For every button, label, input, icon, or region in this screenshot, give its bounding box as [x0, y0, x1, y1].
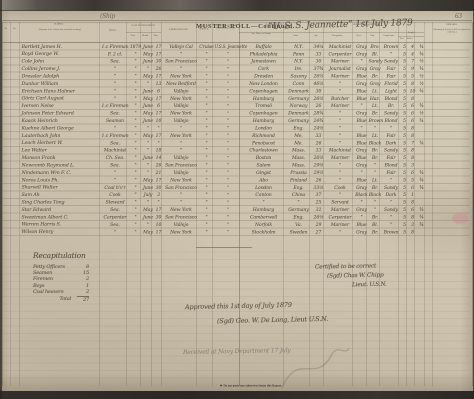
cell: 30 — [154, 60, 164, 65]
cell: " — [199, 126, 215, 131]
cell: Lt. — [369, 104, 382, 109]
cell: Blue — [355, 141, 369, 146]
cell: " — [199, 82, 215, 87]
crew-name: Dunbar William — [19, 82, 102, 87]
cell: " — [129, 149, 143, 154]
cell: " — [242, 200, 286, 205]
cell: 1879 — [129, 45, 143, 50]
cell: 8 — [409, 97, 417, 102]
cell: " — [164, 67, 199, 72]
cell: 29 — [312, 223, 326, 228]
cell: Brown — [382, 45, 401, 50]
cell: Cork — [242, 67, 286, 72]
cell: " — [199, 171, 215, 176]
cell: Denmark — [286, 89, 312, 94]
cell: Gray — [369, 82, 382, 87]
cell: Gray — [355, 208, 369, 213]
cell: ¾ — [417, 186, 427, 191]
cell: " — [143, 126, 154, 131]
cell: " — [129, 67, 143, 72]
crew-name: Newcomb Raymond L. — [19, 163, 102, 168]
col-header-birth-city: City, Town, or County. — [239, 32, 283, 35]
cell: 8 — [409, 149, 417, 154]
cell: Servant — [326, 200, 355, 205]
cell: Sandy — [382, 112, 401, 117]
cell: Gray — [355, 230, 369, 235]
cell: Br. — [369, 149, 382, 154]
crew-name: Star Edward — [19, 208, 102, 213]
col-header-names: NAMES. — [19, 23, 99, 26]
cell: Blond — [382, 163, 401, 168]
cell: Richmond — [242, 134, 286, 139]
cell: 17 — [154, 112, 164, 117]
cell: Charlestown — [242, 149, 286, 154]
cell: " — [129, 171, 143, 176]
cell: " — [164, 193, 199, 198]
cell: Fair — [382, 156, 401, 161]
cell: Vallejo — [164, 104, 199, 109]
cell: Br. — [369, 215, 382, 220]
cell: June — [143, 156, 154, 161]
cell: " — [102, 89, 129, 94]
cell: " — [326, 178, 355, 183]
muster-roll-scan: (Ship MUSTER-ROLL—Continued. “U. S. S. J… — [0, 0, 474, 399]
cell: Philadelphia — [242, 52, 286, 57]
cell: " — [369, 208, 382, 213]
cell: Hamburg — [242, 97, 286, 102]
col-header-feet: Feet. — [398, 37, 406, 40]
cell: Finland — [286, 178, 312, 183]
cell: Sea. — [102, 141, 129, 146]
crew-name: Collins Jerome J. — [19, 67, 102, 72]
cell: ¾ — [417, 119, 427, 124]
cell: 6 — [409, 119, 417, 124]
cell: Mariner — [326, 104, 355, 109]
cell: Hamburg — [242, 208, 286, 213]
cell: 17 — [154, 52, 164, 57]
col-header-day: Day. — [151, 34, 161, 37]
crew-name: Sweetman Albert C. — [19, 215, 102, 220]
crew-name: Sing Charles Tong — [19, 200, 102, 205]
cell: June — [143, 60, 154, 65]
col-header-where: WHERE ENLISTED. — [161, 28, 196, 31]
cell: New York — [164, 134, 199, 139]
crew-name: Lauterbach John — [19, 134, 102, 139]
cell: " — [215, 97, 242, 101]
cell: 30 — [312, 89, 326, 94]
cell: " — [102, 230, 129, 235]
cell: Sea. — [102, 223, 129, 228]
cell: New Bedford — [164, 82, 199, 87]
cell: Blue — [355, 178, 369, 183]
cell: 18 — [154, 149, 164, 154]
cell: " — [129, 52, 143, 57]
cell: Stockholm — [242, 230, 286, 235]
cell: Brown — [382, 230, 401, 235]
cell: Tromsö — [242, 104, 286, 109]
cell: 5 — [401, 149, 409, 154]
cell: 6 — [409, 112, 417, 117]
cell: " — [382, 215, 401, 220]
cell: Copenhagen — [242, 89, 286, 94]
cell: " — [199, 193, 215, 198]
cell: Copenhagen — [242, 112, 286, 117]
cell: Cruise — [199, 45, 215, 50]
cell: " — [215, 60, 242, 64]
cell: 5 — [409, 178, 417, 183]
cell: Norway — [286, 104, 312, 109]
scan-edge-left — [0, 0, 2, 399]
cell: ¾ — [417, 52, 427, 57]
cell: Brown — [369, 119, 382, 124]
cell: Boston — [242, 156, 286, 161]
cell: Sea. — [102, 60, 129, 65]
cell: May — [143, 178, 154, 183]
cell: " — [199, 200, 215, 205]
cell: " — [129, 60, 143, 65]
certification-line1: Certified to be correct — [315, 263, 376, 270]
cell: Machinist — [326, 149, 355, 154]
pencil-flourish — [278, 342, 352, 394]
muster-table: Bartlett James H.1.c Fireman1879June17Va… — [2, 43, 472, 236]
crew-name: Nindemann Wm F. C. — [19, 171, 102, 176]
crew-name: Noros Louis Ph. — [19, 178, 102, 183]
cell: 5 — [401, 156, 409, 161]
cell: " — [199, 74, 215, 79]
cell: 6 — [409, 186, 417, 191]
cell: " — [199, 149, 215, 154]
cell: 25 — [312, 200, 326, 205]
cell: 5 — [401, 178, 409, 183]
cell: 5 — [401, 67, 409, 72]
cell: Cook — [326, 186, 355, 191]
cell: Mass. — [286, 149, 312, 154]
footer-note: ☛ Do not paste nor otherwise fasten this… — [220, 384, 282, 388]
cell: 5 — [401, 89, 409, 94]
cell: " — [143, 149, 154, 154]
cell: " — [199, 97, 215, 102]
col-header-birth-state: State. — [283, 34, 309, 37]
cell: Cook — [102, 193, 129, 198]
cell: Black — [369, 141, 382, 146]
cell: " — [215, 216, 242, 220]
cell: " — [355, 215, 369, 220]
col-header-age: Age. — [309, 34, 323, 37]
cell: 5 — [401, 104, 409, 109]
crew-name: Dressler Adolph — [19, 74, 102, 79]
cell: May — [143, 74, 154, 79]
cell: Sandy — [382, 149, 401, 154]
col-header-no2: No. — [10, 27, 19, 30]
cell: 28¾ — [312, 112, 326, 117]
cell: Germany — [286, 119, 312, 124]
cell: Denmark — [286, 112, 312, 117]
cell: June — [143, 89, 154, 94]
cell: " — [129, 126, 143, 131]
cell: " — [129, 141, 143, 146]
cell: " — [154, 200, 164, 205]
cell: " — [129, 163, 143, 168]
cell: 3 — [409, 163, 417, 168]
cell: " — [199, 230, 215, 235]
cell: 10 — [409, 89, 417, 94]
cell: New London — [242, 82, 286, 87]
cell: Eng. — [286, 126, 312, 131]
cell: Light — [382, 89, 401, 94]
cell: " — [129, 178, 143, 183]
cell: " — [199, 89, 215, 94]
cell: " — [215, 149, 242, 153]
cell: Gray — [355, 45, 369, 50]
cell: 5 — [401, 141, 409, 146]
col-header-occupation: Occupation. — [323, 34, 352, 37]
cell: 17 — [154, 45, 164, 50]
cell: Gray — [355, 186, 369, 191]
cell: New York — [164, 97, 199, 102]
col-header-month: Month. — [140, 34, 151, 37]
cell: June — [143, 119, 154, 124]
cell: Fair — [382, 67, 401, 72]
cell: London — [242, 126, 286, 131]
cell: June — [143, 45, 154, 50]
cell: Carpenter — [326, 215, 355, 220]
recapitulation: Recapitulation Petty Officers 8 Seamen 1… — [33, 251, 93, 303]
cell: Butcher — [326, 97, 355, 102]
col-header-complexion: Complexion. — [379, 34, 398, 37]
cell: 33½ — [312, 186, 326, 191]
cell: 6 — [154, 89, 164, 94]
cell: Fair — [382, 134, 401, 139]
cell: 8 — [409, 134, 417, 139]
cell: Lt. — [369, 178, 382, 183]
col-header-description: PERSONAL DESCRIPTION. — [309, 23, 424, 26]
cell: Blond — [382, 97, 401, 102]
cell: Blue — [355, 223, 369, 228]
col-header-rating: Rating. — [99, 29, 126, 32]
crew-name: Sam Ah — [19, 193, 102, 198]
cell: Gray — [355, 52, 369, 57]
cell: 6 — [154, 104, 164, 109]
col-header-remarks: REMARKS. — [432, 23, 472, 26]
cell: 5 — [401, 97, 409, 102]
cell: " — [199, 119, 215, 124]
col-header-no: No. — [2, 27, 10, 30]
crew-name: Kuehne Albert George — [19, 126, 102, 131]
cell: Sea. — [102, 163, 129, 168]
cell: ¾ — [417, 67, 427, 72]
cell: Me. — [286, 134, 312, 139]
crew-name: Boyd George W. — [19, 52, 102, 57]
cell: " — [355, 60, 369, 65]
cell: Canton — [242, 193, 286, 198]
cell: May — [143, 97, 154, 102]
cell: " — [143, 200, 154, 205]
cell: 5 — [401, 126, 409, 131]
cell: " — [326, 134, 355, 139]
cell: 8 — [409, 156, 417, 161]
cell: " — [102, 67, 129, 72]
crew-name: Lee Walter — [19, 148, 102, 153]
cell: " — [369, 126, 382, 131]
cell: Camberwell — [242, 215, 286, 220]
cell: 37 — [312, 193, 326, 198]
cell: 5 — [401, 223, 409, 228]
cell: U.S.S. Jeannette — [215, 45, 242, 49]
cell: Sandy — [382, 60, 401, 65]
cell: " — [215, 89, 242, 93]
table-close-rule — [196, 247, 252, 248]
cell: " — [215, 82, 242, 86]
cell: " — [199, 208, 215, 213]
cell: 32 — [312, 208, 326, 213]
cell: May — [143, 52, 154, 57]
cell: 24¾ — [312, 119, 326, 124]
cell: 26½ — [312, 97, 326, 102]
cell: Lt. — [369, 134, 382, 139]
cell: 17 — [154, 178, 164, 183]
cell: " — [215, 201, 242, 205]
cell: 26½ — [312, 156, 326, 161]
cell: Ire. — [286, 67, 312, 72]
cell: Fair — [382, 171, 401, 176]
cell: 8 — [409, 200, 417, 205]
cell: 4 — [409, 45, 417, 50]
cell: Sandy — [382, 208, 401, 213]
cell: 1.c Fireman — [102, 104, 129, 109]
cell: " — [129, 200, 143, 205]
cell: " — [215, 127, 242, 131]
cell: " — [215, 186, 242, 190]
cell: May — [143, 208, 154, 213]
cell: " — [215, 208, 242, 212]
cell: ¾ — [417, 171, 427, 176]
ship-note: (Ship — [100, 13, 115, 20]
cell: Blond — [382, 119, 401, 124]
crew-name: Iversen Nelse — [19, 104, 102, 109]
cell: Abo — [242, 178, 286, 183]
cell: 5 — [401, 208, 409, 213]
cell: Sandy — [382, 186, 401, 191]
cell: " — [102, 74, 129, 79]
cell: New York — [164, 230, 199, 235]
col-header-remarks-note: (Discharged, deserted, died, or transfer… — [432, 28, 472, 33]
cell: " — [102, 126, 129, 131]
cell: Gray — [355, 112, 369, 117]
cell: " — [355, 171, 369, 176]
cell: Me. — [286, 141, 312, 146]
cell: 5 — [401, 186, 409, 191]
cell: San Francisco — [164, 215, 199, 220]
cell: ¾ — [417, 104, 427, 109]
cell: " — [215, 171, 242, 175]
recap-item: Firemen 2 — [33, 276, 89, 282]
cell: Blue — [355, 89, 369, 94]
cell: " — [102, 82, 129, 87]
cell: Bl. — [369, 223, 382, 228]
cell: 5 — [401, 60, 409, 65]
cell: 6 — [409, 104, 417, 109]
cell: " — [199, 60, 215, 65]
cell: Steward — [102, 200, 129, 205]
cell: 5 — [401, 163, 409, 168]
cell: Haz. — [369, 97, 382, 102]
cell: " — [215, 164, 242, 168]
cell: 5 — [401, 112, 409, 117]
cell: May — [143, 230, 154, 235]
crew-name: Manson Frank — [19, 156, 102, 161]
cell: Saxony — [286, 74, 312, 79]
cell: 33 — [312, 149, 326, 154]
cell: " — [164, 141, 199, 146]
cell: " — [215, 134, 242, 138]
cell: 26½ — [312, 215, 326, 220]
col-header-inches: Inches. — [406, 37, 414, 40]
cell: " — [102, 171, 129, 176]
cell: ½ — [417, 82, 427, 87]
cell: 30 — [312, 60, 326, 65]
cell: Br. — [369, 112, 382, 117]
cell: 5 — [401, 45, 409, 50]
col-header-enlistment: DATE OF ENLISTMENT. — [126, 24, 161, 27]
cell: Blue — [355, 74, 369, 79]
cell: Br. — [382, 104, 401, 109]
cell: Machinist — [326, 45, 355, 50]
cell: Dresden — [242, 74, 286, 79]
cell: " — [143, 82, 154, 87]
crew-name: Sharvell Walter — [19, 186, 102, 191]
cell: " — [355, 104, 369, 109]
cell: " — [143, 171, 154, 176]
cell: Vallejo — [164, 119, 199, 124]
cell: ¾ — [417, 89, 427, 94]
cell: Hamburg — [242, 119, 286, 124]
crew-name: Görtz Carl August — [19, 97, 102, 102]
cell: 7 — [409, 60, 417, 65]
cell: " — [215, 223, 242, 227]
cell: New York — [164, 208, 199, 213]
cell: " — [382, 178, 401, 183]
cell: 5 — [401, 171, 409, 176]
cell: Fair — [382, 74, 401, 79]
cell: " — [199, 112, 215, 117]
cell: 27 — [312, 230, 326, 235]
page-number: 63 — [455, 12, 462, 20]
cell: " — [199, 186, 215, 191]
recapitulation-title: Recapitulation — [33, 251, 93, 260]
cell: 5 — [401, 215, 409, 220]
cell: ½ — [417, 74, 427, 79]
cell: " — [129, 104, 143, 109]
cell: Gingst — [242, 171, 286, 176]
certification-rank: Lieut. U.S.N. — [352, 282, 387, 289]
cell: " — [164, 126, 199, 131]
cell: " — [369, 171, 382, 176]
col-header-names-note: (Surname to be written first, and rank o… — [21, 28, 99, 31]
cell: 24½ — [312, 126, 326, 131]
cell: " — [129, 156, 143, 161]
cell: 46½ — [312, 82, 326, 87]
cell: " — [326, 193, 355, 198]
cell: 8 — [409, 126, 417, 131]
col-header-vessel: VESSEL OR STATION WHERE RECEIVED. — [212, 24, 239, 29]
crew-name: Leach Herbert W. — [19, 141, 102, 146]
cell: " — [154, 126, 164, 131]
cell: 10 — [154, 223, 164, 228]
cell: " — [129, 97, 143, 102]
cell: New York — [164, 74, 199, 79]
cell: 1.c Fireman — [102, 134, 129, 139]
cell: San Francisco — [164, 163, 199, 168]
